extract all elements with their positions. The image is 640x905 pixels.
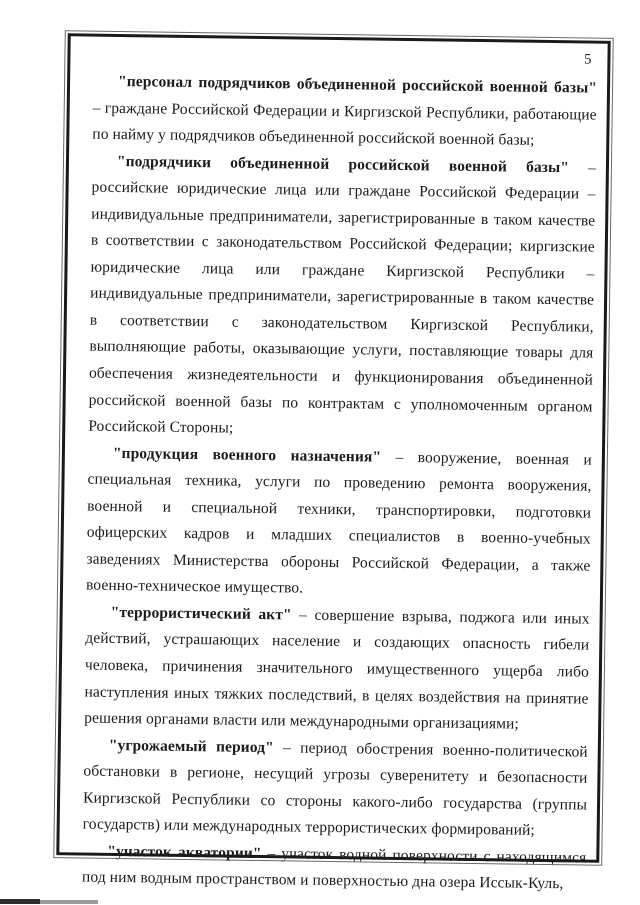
definition-term: "подрядчики объединенной российской воен… [117, 153, 569, 176]
scanned-document-page: { "page": { "number": "5", "colors": { "… [0, 0, 640, 905]
definition-paragraph: "участок акватории" – участок водной пов… [82, 838, 587, 898]
definition-term: "террористический акт" [111, 604, 292, 624]
definition-paragraph: "продукция военного назначения" – вооруж… [86, 440, 592, 606]
definition-body: – вооружение, военная и специальная техн… [86, 448, 592, 597]
definition-paragraph: "террористический акт" – совершение взры… [84, 599, 590, 739]
definition-paragraph: "угрожаемый период" – период обострения … [83, 732, 588, 845]
definition-term: "продукция военного назначения" [113, 445, 381, 466]
definition-paragraph: "подрядчики объединенной российской воен… [88, 148, 596, 447]
definition-term: "участок акватории" [107, 843, 261, 862]
scan-edge-artifact-light [40, 900, 98, 904]
definition-body: – совершение взрыва, поджога или иных де… [84, 606, 590, 732]
definition-term: "угрожаемый период" [109, 737, 274, 756]
page-border-frame: 5 "персонал подрядчиков объединенной рос… [56, 33, 610, 863]
definition-paragraph: "персонал подрядчиков объединенной росси… [92, 69, 597, 156]
definition-term: "персонал подрядчиков объединенной росси… [118, 73, 597, 97]
definition-body: – российские юридические лица или гражда… [88, 159, 596, 437]
scan-edge-artifact-dark [0, 899, 40, 904]
definition-body: – граждане Российской Федерации и Киргиз… [92, 99, 597, 149]
page-content: "персонал подрядчиков объединенной росси… [59, 64, 607, 898]
